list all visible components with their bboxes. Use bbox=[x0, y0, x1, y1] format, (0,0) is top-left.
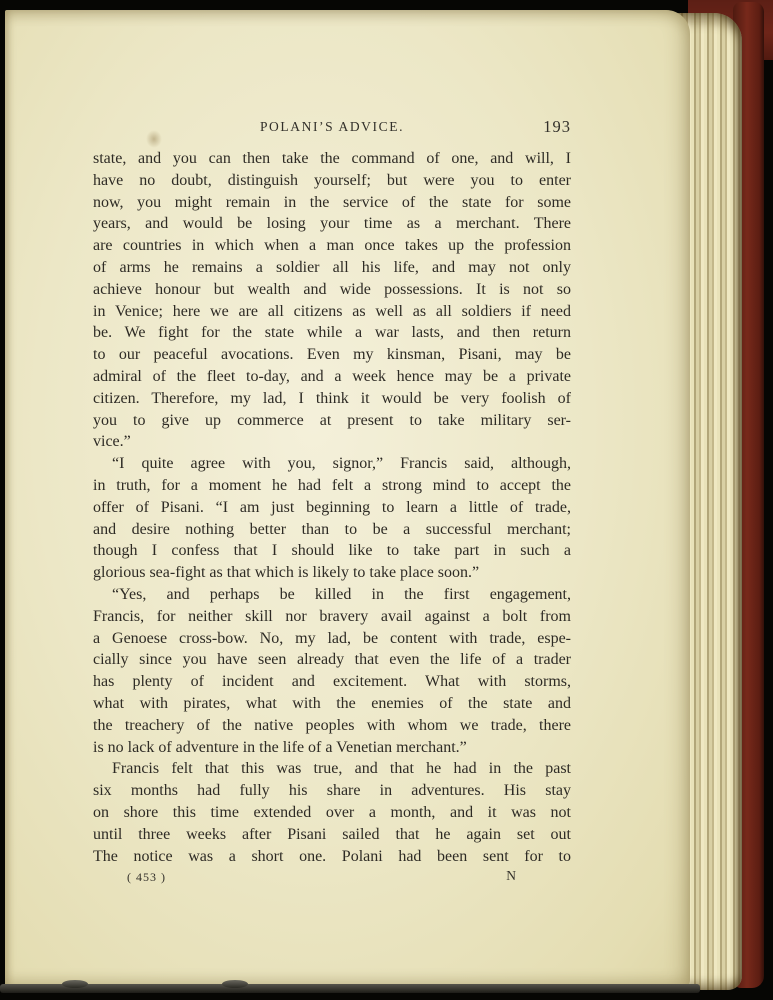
body-text: state, and you can then take the command… bbox=[93, 148, 571, 867]
scanner-cradle-edge bbox=[0, 984, 700, 993]
page-footer: ( 453 ) N bbox=[93, 868, 571, 890]
text-line: The notice was a short one. Polani had b… bbox=[93, 846, 571, 868]
page-number: 193 bbox=[543, 117, 571, 137]
text-line: citizen. Therefore, my lad, I think it w… bbox=[93, 388, 571, 410]
text-line: though I confess that I should like to t… bbox=[93, 540, 571, 562]
text-line: to our peaceful avocations. Even my kins… bbox=[93, 344, 571, 366]
paragraph: Francis felt that this was true, and tha… bbox=[93, 758, 571, 867]
text-line: state, and you can then take the command… bbox=[93, 148, 571, 170]
text-line: on shore this time extended over a month… bbox=[93, 802, 571, 824]
paragraph: “Yes, and perhaps be killed in the first… bbox=[93, 584, 571, 758]
footer-signature-mark: ( 453 ) bbox=[127, 870, 166, 885]
text-line: achieve honour but wealth and wide posse… bbox=[93, 279, 571, 301]
text-line: until three weeks after Pisani sailed th… bbox=[93, 824, 571, 846]
paragraph: state, and you can then take the command… bbox=[93, 148, 571, 453]
scan-background: POLANI’S ADVICE. 193 state, and you can … bbox=[0, 0, 773, 1000]
text-line: and desire nothing better than to be a s… bbox=[93, 519, 571, 541]
text-line: has plenty of incident and excitement. W… bbox=[93, 671, 571, 693]
text-line: “Yes, and perhaps be killed in the first… bbox=[93, 584, 571, 606]
text-line: glorious sea-fight as that which is like… bbox=[93, 562, 571, 584]
text-line: offer of Pisani. “I am just beginning to… bbox=[93, 497, 571, 519]
text-line: Francis felt that this was true, and tha… bbox=[93, 758, 571, 780]
footer-gathering-letter: N bbox=[506, 868, 516, 884]
text-line: Francis, for neither skill nor bravery a… bbox=[93, 606, 571, 628]
running-title: POLANI’S ADVICE. bbox=[260, 119, 404, 135]
text-line: of arms he remains a soldier all his lif… bbox=[93, 257, 571, 279]
text-line: admiral of the fleet to-day, and a week … bbox=[93, 366, 571, 388]
page-header: POLANI’S ADVICE. 193 bbox=[93, 118, 571, 148]
text-line: the treachery of the native peoples with… bbox=[93, 715, 571, 737]
text-line: a Genoese cross-bow. No, my lad, be cont… bbox=[93, 628, 571, 650]
text-line: be. We fight for the state while a war l… bbox=[93, 322, 571, 344]
text-line: “I quite agree with you, signor,” Franci… bbox=[93, 453, 571, 475]
text-line: is no lack of adventure in the life of a… bbox=[93, 737, 571, 759]
paragraph: “I quite agree with you, signor,” Franci… bbox=[93, 453, 571, 584]
text-line: six months had fully his share in advent… bbox=[93, 780, 571, 802]
paper-stain bbox=[146, 130, 162, 148]
text-line: now, you might remain in the service of … bbox=[93, 192, 571, 214]
text-line: vice.” bbox=[93, 431, 571, 453]
text-line: years, and would be losing your time as … bbox=[93, 213, 571, 235]
text-line: cially since you have seen already that … bbox=[93, 649, 571, 671]
book-page: POLANI’S ADVICE. 193 state, and you can … bbox=[5, 10, 690, 988]
text-line: what with pirates, what with the enemies… bbox=[93, 693, 571, 715]
text-line: are countries in which when a man once t… bbox=[93, 235, 571, 257]
text-line: have no doubt, distinguish yourself; but… bbox=[93, 170, 571, 192]
text-line: in Venice; here we are all citizens as w… bbox=[93, 301, 571, 323]
text-line: in truth, for a moment he had felt a str… bbox=[93, 475, 571, 497]
text-line: you to give up commerce at present to ta… bbox=[93, 410, 571, 432]
